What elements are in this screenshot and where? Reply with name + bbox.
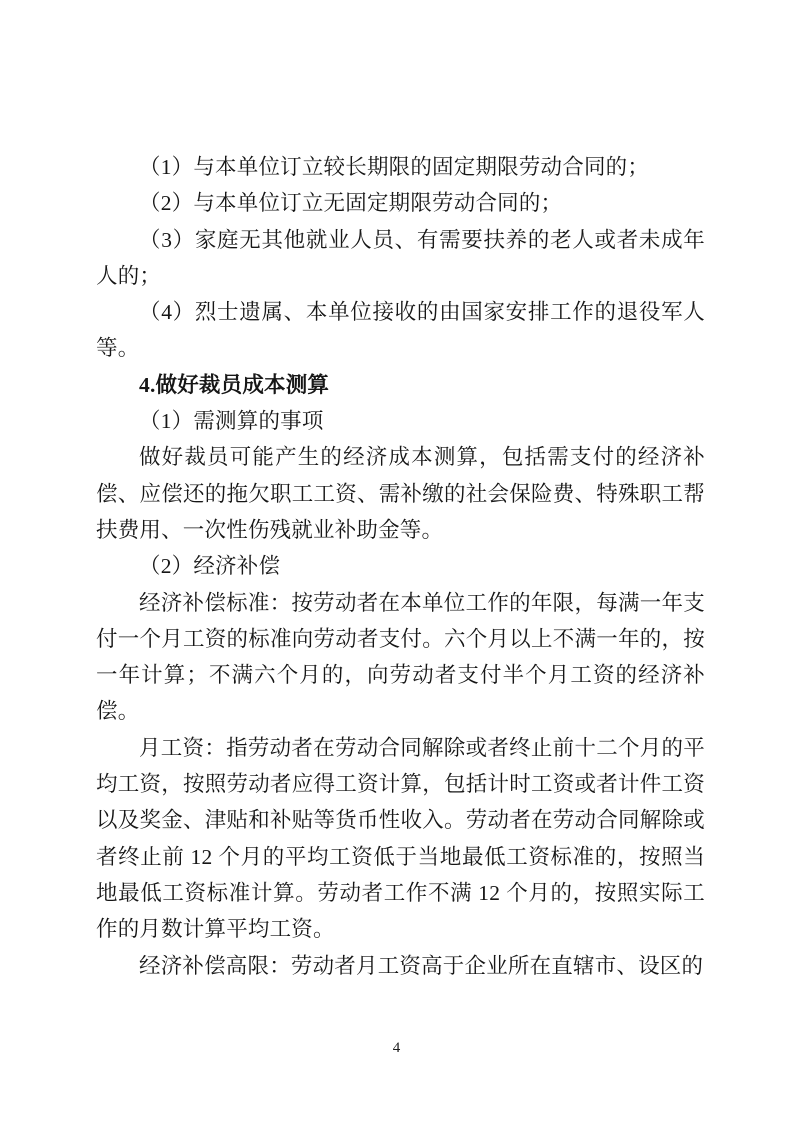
body-paragraph: （2）与本单位订立无固定期限劳动合同的； bbox=[96, 185, 705, 221]
body-paragraph: 经济补偿标准：按劳动者在本单位工作的年限，每满一年支付一个月工资的标准向劳动者支… bbox=[96, 585, 705, 730]
body-paragraph: 做好裁员可能产生的经济成本测算，包括需支付的经济补偿、应偿还的拖欠职工工资、需补… bbox=[96, 439, 705, 548]
document-page: （1）与本单位订立较长期限的固定期限劳动合同的；（2）与本单位订立无固定期限劳动… bbox=[0, 0, 793, 1122]
document-body: （1）与本单位订立较长期限的固定期限劳动合同的；（2）与本单位订立无固定期限劳动… bbox=[96, 149, 705, 984]
body-paragraph: （2）经济补偿 bbox=[96, 548, 705, 584]
page-number: 4 bbox=[393, 1040, 401, 1056]
body-paragraph: 经济补偿高限：劳动者月工资高于企业所在直辖市、设区的 bbox=[96, 948, 705, 984]
body-paragraph: （1）需测算的事项 bbox=[96, 403, 705, 439]
body-paragraph: （4）烈士遗属、本单位接收的由国家安排工作的退役军人等。 bbox=[96, 294, 705, 367]
body-paragraph: （3）家庭无其他就业人员、有需要扶养的老人或者未成年人的； bbox=[96, 222, 705, 295]
page-footer: 4 bbox=[0, 1038, 793, 1058]
body-paragraph: 月工资：指劳动者在劳动合同解除或者终止前十二个月的平均工资，按照劳动者应得工资计… bbox=[96, 730, 705, 948]
section-heading: 4.做好裁员成本测算 bbox=[96, 367, 705, 403]
body-paragraph: （1）与本单位订立较长期限的固定期限劳动合同的； bbox=[96, 149, 705, 185]
